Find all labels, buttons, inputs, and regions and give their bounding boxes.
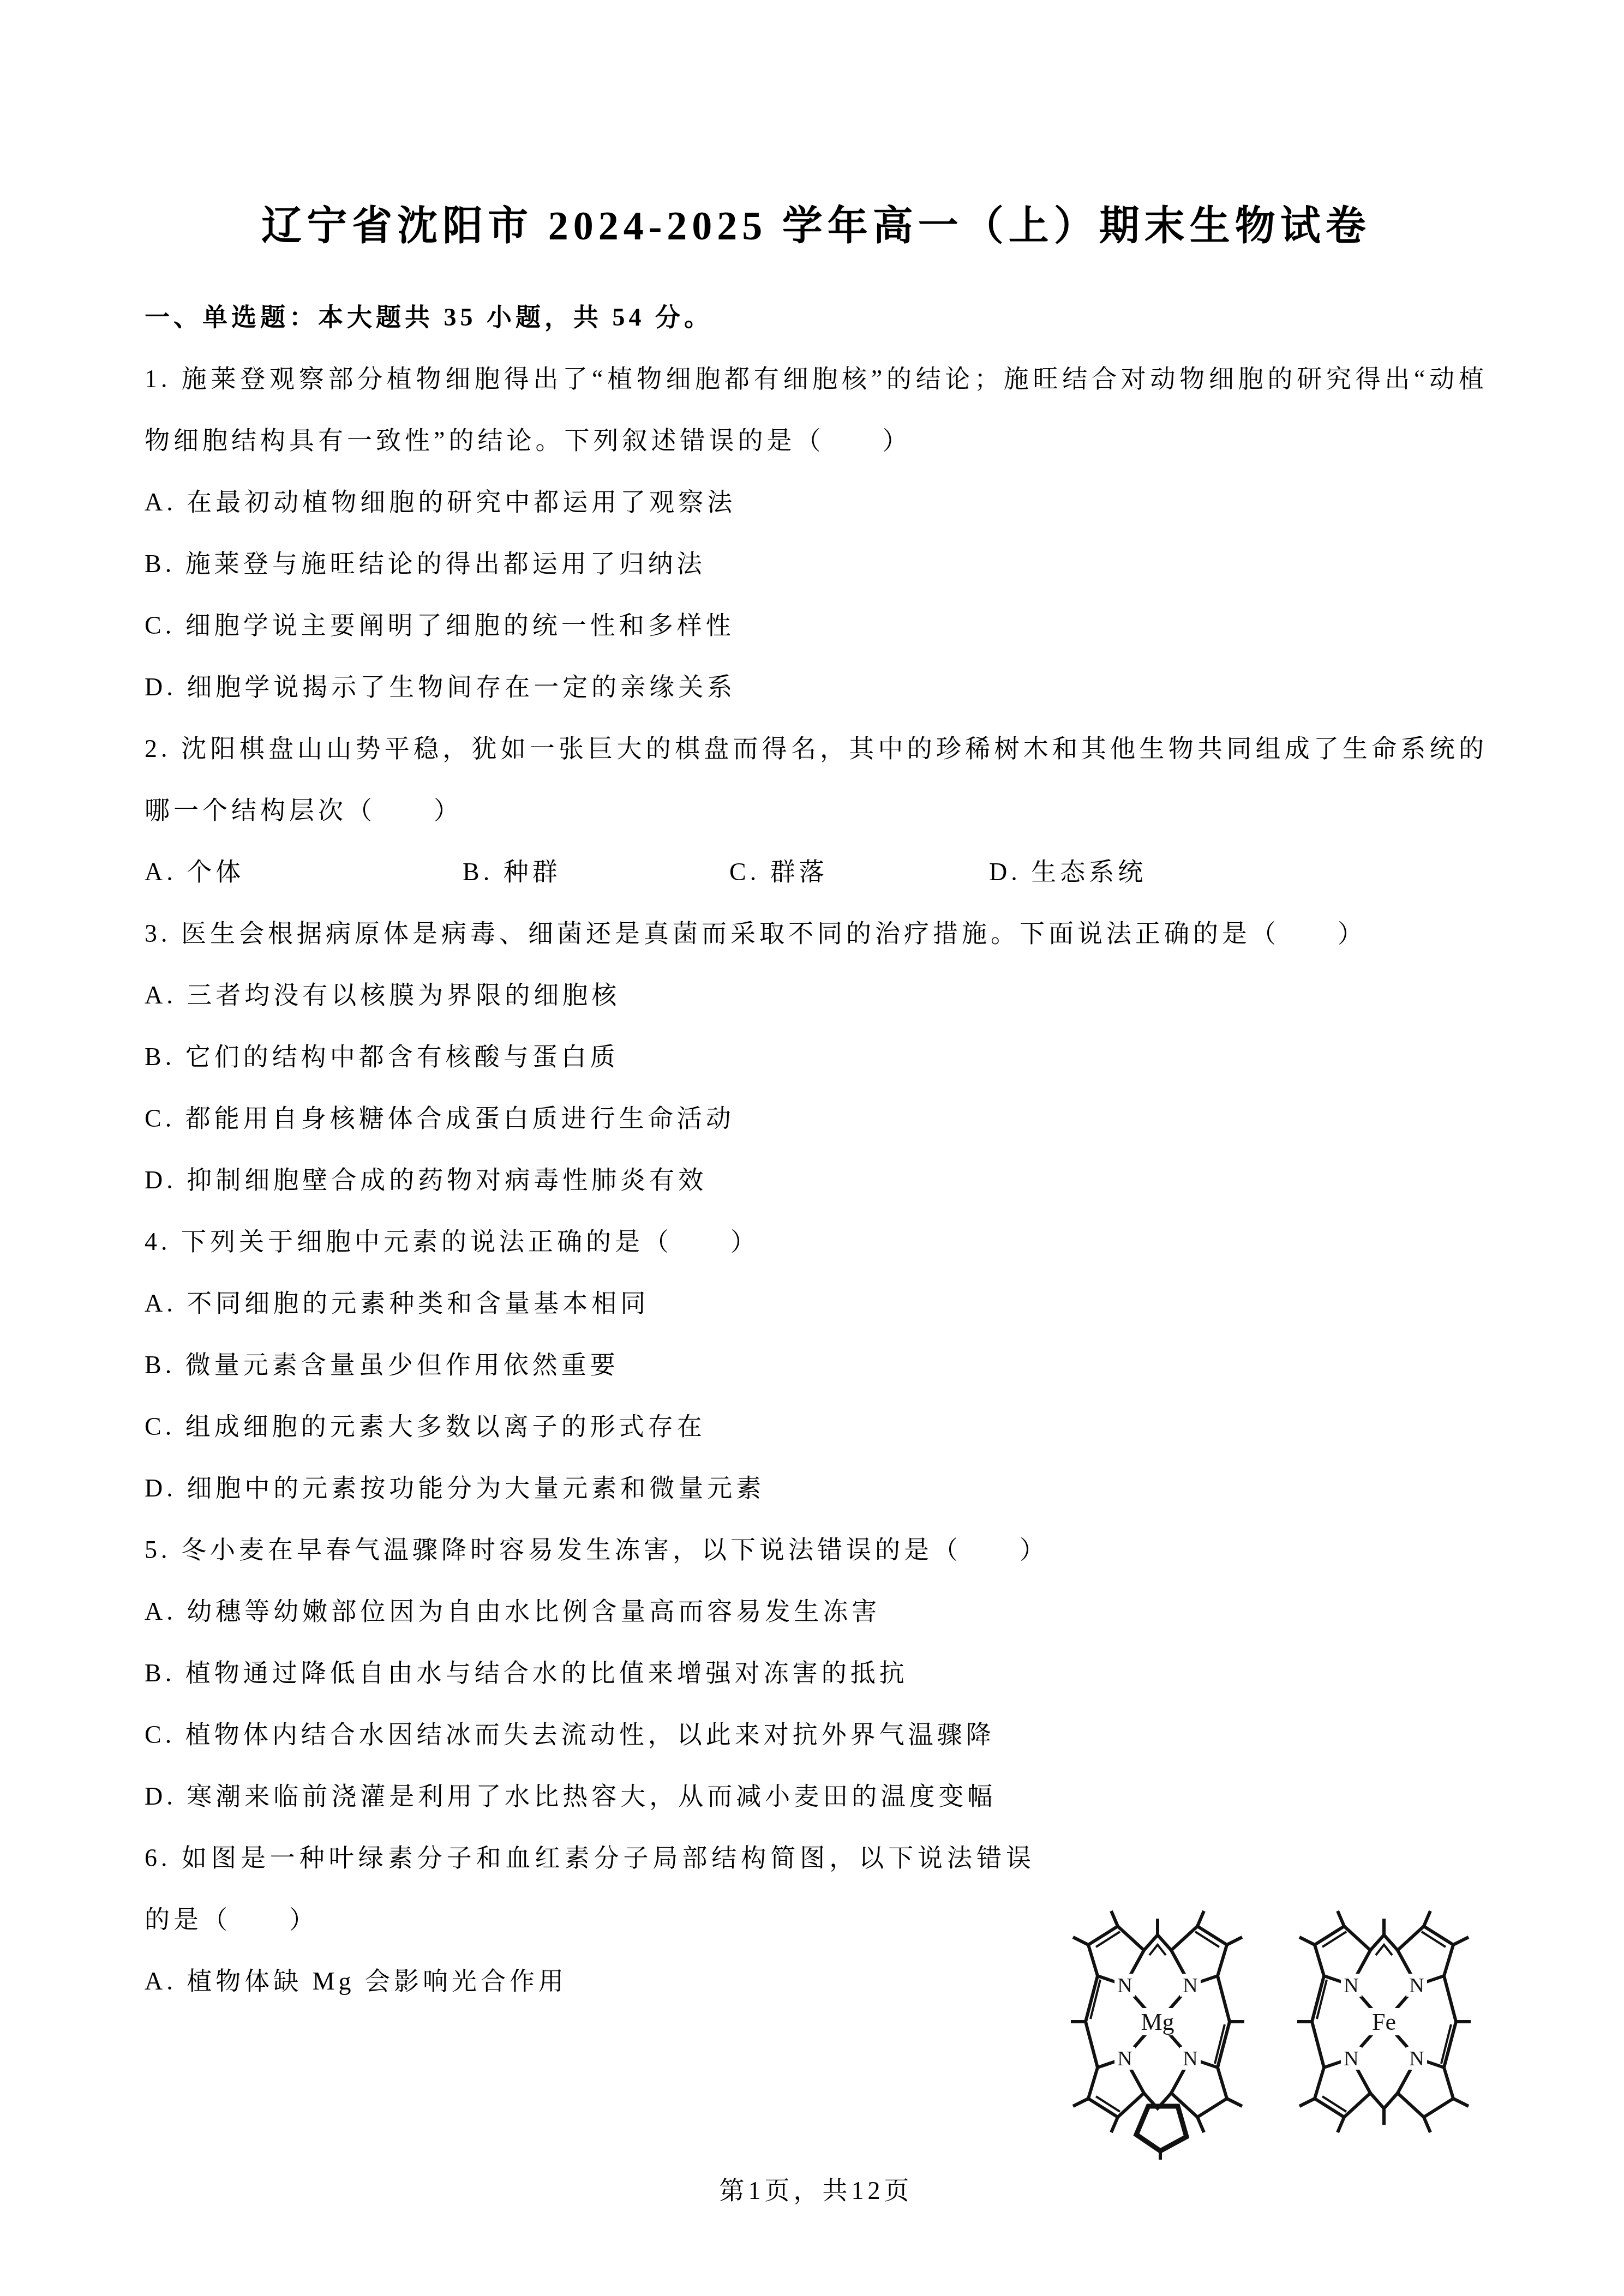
question-3: 3. 医生会根据病原体是病毒、细菌还是真菌而采取不同的治疗措施。下面说法正确的是…	[145, 903, 1488, 1211]
page-title: 辽宁省沈阳市 2024-2025 学年高一（上）期末生物试卷	[145, 191, 1488, 262]
question-stem: 3. 医生会根据病原体是病毒、细菌还是真菌而采取不同的治疗措施。下面说法正确的是…	[145, 903, 1488, 964]
question-2: 2. 沈阳棋盘山山势平稳，犹如一张巨大的棋盘而得名，其中的珍稀树木和其他生物共同…	[145, 718, 1488, 903]
nitrogen-label: N	[1344, 2047, 1358, 2070]
options-row: A. 个体 B. 种群 C. 群落 D. 生态系统	[145, 841, 1488, 903]
nitrogen-label: N	[1117, 2047, 1132, 2070]
chlorophyll-porphyrin-diagram: N N N N Mg	[1068, 1903, 1248, 2160]
option-a: A. 不同细胞的元素种类和含量基本相同	[145, 1272, 1488, 1334]
metal-label: Fe	[1372, 2009, 1396, 2035]
page-footer: 第1页，共12页	[145, 2160, 1488, 2221]
option-a: A. 三者均没有以核膜为界限的细胞核	[145, 964, 1488, 1026]
nitrogen-label: N	[1183, 1974, 1197, 1997]
option-a: A. 个体	[145, 841, 463, 903]
question-stem: 4. 下列关于细胞中元素的说法正确的是（ ）	[145, 1211, 1488, 1272]
question-stem: 5. 冬小麦在早春气温骤降时容易发生冻害，以下说法错误的是（ ）	[145, 1519, 1488, 1580]
nitrogen-label: N	[1409, 2047, 1424, 2070]
question-4: 4. 下列关于细胞中元素的说法正确的是（ ） A. 不同细胞的元素种类和含量基本…	[145, 1211, 1488, 1519]
question-stem: 1. 施莱登观察部分植物细胞得出了“植物细胞都有细胞核”的结论；施旺结合对动物细…	[145, 348, 1488, 471]
question-stem: 2. 沈阳棋盘山山势平稳，犹如一张巨大的棋盘而得名，其中的珍稀树木和其他生物共同…	[145, 718, 1488, 841]
section-heading: 一、单选题：本大题共 35 小题，共 54 分。	[145, 286, 1488, 348]
option-a: A. 幼穗等幼嫩部位因为自由水比例含量高而容易发生冻害	[145, 1580, 1488, 1642]
option-b: B. 植物通过降低自由水与结合水的比值来增强对冻害的抵抗	[145, 1642, 1488, 1704]
option-b: B. 种群	[463, 841, 729, 903]
heme-porphyrin-diagram: N N N N Fe	[1294, 1903, 1474, 2160]
nitrogen-label: N	[1117, 1974, 1132, 1997]
molecule-structures-figure: N N N N Mg	[1035, 1903, 1488, 2160]
nitrogen-label: N	[1183, 2047, 1197, 2070]
nitrogen-label: N	[1409, 1974, 1424, 1997]
option-a: A. 在最初动植物细胞的研究中都运用了观察法	[145, 471, 1488, 533]
option-c: C. 都能用自身核糖体合成蛋白质进行生命活动	[145, 1087, 1488, 1149]
question-1: 1. 施莱登观察部分植物细胞得出了“植物细胞都有细胞核”的结论；施旺结合对动物细…	[145, 348, 1488, 718]
option-b: B. 微量元素含量虽少但作用依然重要	[145, 1334, 1488, 1396]
nitrogen-label: N	[1344, 1974, 1358, 1997]
option-d: D. 细胞中的元素按功能分为大量元素和微量元素	[145, 1457, 1488, 1519]
option-d: D. 寒潮来临前浇灌是利用了水比热容大，从而减小麦田的温度变幅	[145, 1765, 1488, 1827]
option-c: C. 植物体内结合水因结冰而失去流动性，以此来对抗外界气温骤降	[145, 1704, 1488, 1765]
option-b: B. 施莱登与施旺结论的得出都运用了归纳法	[145, 533, 1488, 594]
option-d: D. 生态系统	[989, 841, 1147, 903]
option-b: B. 它们的结构中都含有核酸与蛋白质	[145, 1026, 1488, 1087]
question-5: 5. 冬小麦在早春气温骤降时容易发生冻害，以下说法错误的是（ ） A. 幼穗等幼…	[145, 1519, 1488, 1827]
option-d: D. 抑制细胞壁合成的药物对病毒性肺炎有效	[145, 1149, 1488, 1211]
exam-page: 辽宁省沈阳市 2024-2025 学年高一（上）期末生物试卷 一、单选题：本大题…	[0, 0, 1624, 2296]
option-c: C. 细胞学说主要阐明了细胞的统一性和多样性	[145, 594, 1488, 656]
question-6: N N N N Mg	[145, 1827, 1488, 2012]
metal-label: Mg	[1141, 2009, 1174, 2035]
option-c: C. 群落	[729, 841, 989, 903]
option-c: C. 组成细胞的元素大多数以离子的形式存在	[145, 1396, 1488, 1457]
option-d: D. 细胞学说揭示了生物间存在一定的亲缘关系	[145, 656, 1488, 718]
